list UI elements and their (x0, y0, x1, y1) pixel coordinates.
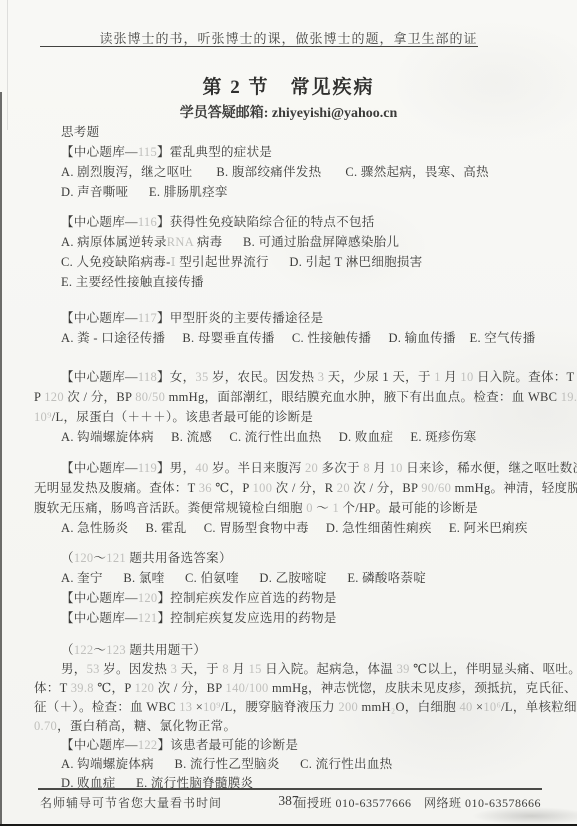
faint-print-text: 13 (179, 700, 192, 714)
text-line: 男，53 岁。因发热 3 天，于 8 月 15 日入院。起病急，体温 39 ℃以… (34, 660, 548, 679)
text-segment: 】获得性免疫缺陷综合征的特点不包括 (157, 215, 375, 229)
faint-print-text: 80/50 (135, 390, 165, 404)
text-segment: ℃，P (212, 481, 253, 495)
text-segment: 次 / 分，BP (350, 481, 421, 495)
text-segment: mmH (358, 700, 391, 714)
text-segment: 】女， (157, 370, 195, 384)
questions-120-121: （120～121 题共用备选答案）A. 奎宁 B. 氯喹 C. 伯氨喹 D. 乙… (34, 548, 548, 628)
text-line: 征（＋）。检查：血 WBC 13 ×10⁹/L，腰穿脑脊液压力 200 mmH₂… (34, 698, 548, 717)
text-segment: O，白细胞 (396, 700, 460, 714)
faint-print-text: 120 (135, 681, 155, 695)
text-segment: ℃以上，伴明显头痛、呕吐。查 (410, 662, 577, 676)
stem-122-123: （122～123 题共用题干）男，53 岁。因发热 3 天，于 8 月 15 日… (34, 641, 548, 736)
text-segment: ～ (313, 501, 333, 515)
text-segment: A. 粪 - 口途径传播 B. 母婴垂直传播 C. 性接触传播 D. 输血传播 … (61, 331, 536, 345)
faint-print-text: RNA (167, 235, 194, 249)
faint-print-text: 90/60 (421, 481, 451, 495)
faint-print-text: 10 (460, 370, 473, 384)
text-line: （122～123 题共用题干） (34, 641, 548, 660)
faint-print-text: 36 (199, 481, 212, 495)
faint-print-text: 10⁹ (34, 410, 52, 424)
text-line: 【中心题库—121】控制疟疾复发应选用的药物是 (34, 608, 548, 628)
text-segment: 日入院。起病急，体温 (262, 662, 397, 676)
text-segment: 】该患者最可能的诊断是 (157, 738, 298, 752)
text-segment: ～ (93, 551, 106, 565)
text-segment: 多次于 (318, 461, 363, 475)
faint-print-text: 40 (195, 461, 208, 475)
scanned-book-page: 读张博士的书，听张博士的课，做张博士的题，拿卫生部的证 第 2 节 常见疾病 学… (0, 0, 577, 826)
faint-print-text: 10 (390, 461, 403, 475)
text-segment: （ (61, 551, 74, 565)
text-segment: 次 / 分，BP (154, 681, 225, 695)
text-line: A. 钩端螺旋体病 B. 流行性乙型脑炎 C. 流行性出血热 (34, 755, 548, 774)
text-segment: 月 (370, 461, 390, 475)
faint-print-text: 35 (195, 370, 208, 384)
text-segment: A. 病原体属逆转录 (61, 235, 167, 249)
text-segment: 】控制疟疾发作应首选的药物是 (157, 591, 336, 605)
text-line: 10⁹/L，尿蛋白（＋＋＋）。该患者最可能的诊断是 (34, 407, 548, 427)
text-line: 【中心题库—115】霍乱典型的症状是 (34, 142, 548, 162)
text-segment: 】霍乱典型的症状是 (157, 145, 272, 159)
text-segment: 日来诊，稀水便，继之呕吐数次， (403, 461, 577, 475)
question-118: 【中心题库—118】女，35 岁，农民。因发热 3 天，少尿 1 天，于 1 月… (34, 367, 548, 447)
faint-print-text: 118 (138, 370, 157, 384)
text-line: D. 声音嘶哑 E. 腓肠肌痉挛 (34, 182, 548, 202)
running-head: 读张博士的书，听张博士的课，做张博士的题，拿卫生部的证 (0, 28, 577, 47)
text-segment: ～ (93, 643, 106, 657)
faint-print-text: 10⁶ (483, 700, 501, 714)
text-segment: 【中心题库— (61, 311, 138, 325)
text-segment: A. 奎宁 B. 氯喹 C. 伯氨喹 D. 乙胺嘧啶 E. 磷酸咯萘啶 (61, 571, 426, 585)
faint-print-text: 20 (337, 481, 350, 495)
content-area: 思考题【中心题库—115】霍乱典型的症状是A. 剧烈腹泻，继之呕吐 B. 腹部绞… (34, 122, 548, 793)
text-segment: 腹软无压痛，肠鸣音活跃。粪便常规镜检白细胞 (34, 501, 306, 515)
text-segment: 征（＋）。检查：血 WBC (34, 700, 179, 714)
text-segment: A. 钩端螺旋体病 B. 流感 C. 流行性出血热 D. 败血症 E. 斑疹伤寒 (61, 430, 476, 444)
text-line: 0.70，蛋白稍高，糖、氯化物正常。 (34, 717, 548, 736)
text-line: 【中心题库—118】女，35 岁，农民。因发热 3 天，少尿 1 天，于 1 月… (34, 367, 548, 387)
text-line: 【中心题库—117】甲型肝炎的主要传播途径是 (34, 308, 548, 328)
faint-print-text: 0.70 (34, 719, 57, 733)
text-line: A. 剧烈腹泻，继之呕吐 B. 腹部绞痛伴发热 C. 骤然起病，畏寒、高热 (34, 162, 548, 182)
text-segment: 日入院。查体：T (474, 370, 577, 384)
faint-print-text: 120 (44, 390, 64, 404)
text-segment: 次 / 分，BP (64, 390, 135, 404)
question-115: 【中心题库—115】霍乱典型的症状是A. 剧烈腹泻，继之呕吐 B. 腹部绞痛伴发… (34, 142, 548, 202)
text-segment: 次 / 分，R (272, 481, 337, 495)
text-line: 思考题 (34, 122, 548, 142)
text-segment: 岁。半日来腹泻 (209, 461, 305, 475)
text-segment: C. 人免疫缺陷病毒- (61, 255, 171, 269)
text-segment: ，蛋白稍高，糖、氯化物正常。 (57, 719, 236, 733)
text-segment: 无明显发热及腹痛。查体：T (34, 481, 199, 495)
faint-print-text: 115 (138, 145, 157, 159)
text-segment: 男， (61, 662, 87, 676)
text-segment: 【中心题库— (61, 591, 138, 605)
section-label: 思考题 (34, 122, 548, 142)
faint-print-text: 40 (459, 700, 472, 714)
question-119: 【中心题库—119】男，40 岁。半日来腹泻 20 多次于 8 月 10 日来诊… (34, 458, 548, 538)
text-segment: 岁。因发热 (100, 662, 171, 676)
text-segment: 月 (441, 370, 461, 384)
text-segment: 体：T (34, 681, 71, 695)
text-segment: A. 剧烈腹泻，继之呕吐 B. 腹部绞痛伴发热 C. 骤然起病，畏寒、高热 (61, 165, 489, 179)
text-line: A. 钩端螺旋体病 B. 流感 C. 流行性出血热 D. 败血症 E. 斑疹伤寒 (34, 427, 548, 447)
text-segment: 型引起世界流行 D. 引起 T 淋巴细胞损害 (176, 255, 423, 269)
text-line: A. 病原体属逆转录RNA 病毒 B. 可通过胎盘屏障感染胎儿 (34, 232, 548, 252)
text-segment: 天，于 (177, 662, 222, 676)
scan-smudge (427, 804, 577, 824)
text-segment: 【中心题库— (61, 461, 138, 475)
text-segment: D. 声音嘶哑 E. 腓肠肌痉挛 (61, 185, 228, 199)
text-segment: mmHg，面部潮红，眼结膜充血水肿，腋下有出血点。检查：血 WBC (165, 390, 561, 404)
text-line: 【中心题库—122】该患者最可能的诊断是 (34, 736, 548, 755)
text-segment: 【中心题库— (61, 611, 138, 625)
email-line: 学员答疑邮箱: zhiyeyishi@yahoo.cn (0, 102, 577, 122)
text-segment: P (34, 390, 44, 404)
text-segment: mmHg，神志恍惚，皮肤未见皮疹，颈抵抗，克氏征、巴氏 (269, 681, 577, 695)
text-segment: 】甲型肝炎的主要传播途径是 (157, 311, 323, 325)
text-segment: 【中心题库— (61, 738, 138, 752)
faint-print-text: 122 (74, 643, 94, 657)
faint-print-text: 121 (138, 611, 158, 625)
faint-print-text: 121 (106, 551, 126, 565)
faint-print-text: 100 (253, 481, 273, 495)
text-segment: /L，腰穿脑脊液压力 (221, 700, 339, 714)
text-segment: 【中心题库— (61, 145, 138, 159)
text-line: A. 粪 - 口途径传播 B. 母婴垂直传播 C. 性接触传播 D. 输血传播 … (34, 328, 548, 348)
text-line: 【中心题库—119】男，40 岁。半日来腹泻 20 多次于 8 月 10 日来诊… (34, 458, 548, 478)
text-segment: 】控制疟疾复发应选用的药物是 (157, 611, 336, 625)
text-segment: 题共用题干） (126, 643, 206, 657)
faint-print-text: 19.0 (561, 390, 577, 404)
question-117: 【中心题库—117】甲型肝炎的主要传播途径是A. 粪 - 口途径传播 B. 母婴… (34, 308, 548, 348)
text-line: 体：T 39.8 ℃，P 120 次 / 分，BP 140/100 mmHg，神… (34, 679, 548, 698)
text-segment: 月 (229, 662, 249, 676)
text-segment: 【中心题库— (61, 215, 138, 229)
faint-print-text: 39 (397, 662, 410, 676)
page-edge-shadow-left (0, 92, 2, 826)
text-segment: 【中心题库— (61, 370, 138, 384)
text-segment: 题共用备选答案） (126, 551, 232, 565)
text-segment: 岁，农民。因发热 (209, 370, 318, 384)
text-segment: A. 急性肠炎 B. 霍乱 C. 胃肠型食物中毒 D. 急性细菌性痢疾 E. 阿… (61, 521, 528, 535)
text-line: 腹软无压痛，肠鸣音活跃。粪便常规镜检白细胞 0 ～ 1 个/HP。最可能的诊断是 (34, 498, 548, 518)
text-segment: 思考题 (61, 125, 99, 139)
text-line: （120～121 题共用备选答案） (34, 548, 548, 568)
footer-rule (38, 788, 542, 790)
text-line: 无明显发热及腹痛。查体：T 36 ℃，P 100 次 / 分，R 20 次 / … (34, 478, 548, 498)
faint-print-text: 10⁹ (203, 700, 221, 714)
faint-print-text: 15 (249, 662, 262, 676)
faint-print-text: 120 (138, 591, 158, 605)
text-segment: 个/HP。最可能的诊断是 (339, 501, 478, 515)
faint-print-text: 140/100 (226, 681, 269, 695)
running-head-rule (40, 46, 478, 47)
faint-print-text: 20 (305, 461, 318, 475)
text-line: E. 主要经性接触直接传播 (34, 272, 548, 292)
text-line: 【中心题库—120】控制疟疾发作应首选的药物是 (34, 588, 548, 608)
faint-print-text: 120 (74, 551, 94, 565)
text-line: C. 人免疫缺陷病毒-Ⅰ 型引起世界流行 D. 引起 T 淋巴细胞损害 (34, 252, 548, 272)
faint-print-text: 116 (138, 215, 157, 229)
faint-print-text: 39.8 (71, 681, 94, 695)
question-116: 【中心题库—116】获得性免疫缺陷综合征的特点不包括A. 病原体属逆转录RNA … (34, 212, 548, 292)
faint-print-text: 122 (138, 738, 158, 752)
text-line: P 120 次 / 分，BP 80/50 mmHg，面部潮红，眼结膜充血水肿，腋… (34, 387, 548, 407)
text-segment: 天，少尿 1 天，于 (324, 370, 434, 384)
faint-print-text: 200 (338, 700, 358, 714)
question-122: 【中心题库—122】该患者最可能的诊断是A. 钩端螺旋体病 B. 流行性乙型脑炎… (34, 736, 548, 793)
text-segment: /L，单核粒细胞 (501, 700, 577, 714)
text-segment: E. 主要经性接触直接传播 (61, 275, 204, 289)
faint-print-text: 117 (138, 311, 157, 325)
section-title: 第 2 节 常见疾病 (0, 72, 577, 99)
text-line: D. 败血症 E. 流行性脑脊髓膜炎 (34, 774, 548, 793)
text-line: A. 奎宁 B. 氯喹 C. 伯氨喹 D. 乙胺嘧啶 E. 磷酸咯萘啶 (34, 568, 548, 588)
text-segment: × (473, 700, 484, 714)
text-segment: ℃，P (94, 681, 135, 695)
text-segment: × (192, 700, 203, 714)
text-segment: mmHg。神清，轻度脱水， (451, 481, 577, 495)
text-line: 【中心题库—116】获得性免疫缺陷综合征的特点不包括 (34, 212, 548, 232)
text-segment: 】男， (157, 461, 195, 475)
text-segment: （ (61, 643, 74, 657)
faint-print-text: 53 (87, 662, 100, 676)
faint-print-text: 123 (106, 643, 126, 657)
text-line: A. 急性肠炎 B. 霍乱 C. 胃肠型食物中毒 D. 急性细菌性痢疾 E. 阿… (34, 518, 548, 538)
text-segment: 病毒 B. 可通过胎盘屏障感染胎儿 (193, 235, 399, 249)
text-segment: A. 钩端螺旋体病 B. 流行性乙型脑炎 C. 流行性出血热 (61, 757, 392, 771)
text-segment: /L，尿蛋白（＋＋＋）。该患者最可能的诊断是 (52, 410, 313, 424)
faint-print-text: 119 (138, 461, 157, 475)
